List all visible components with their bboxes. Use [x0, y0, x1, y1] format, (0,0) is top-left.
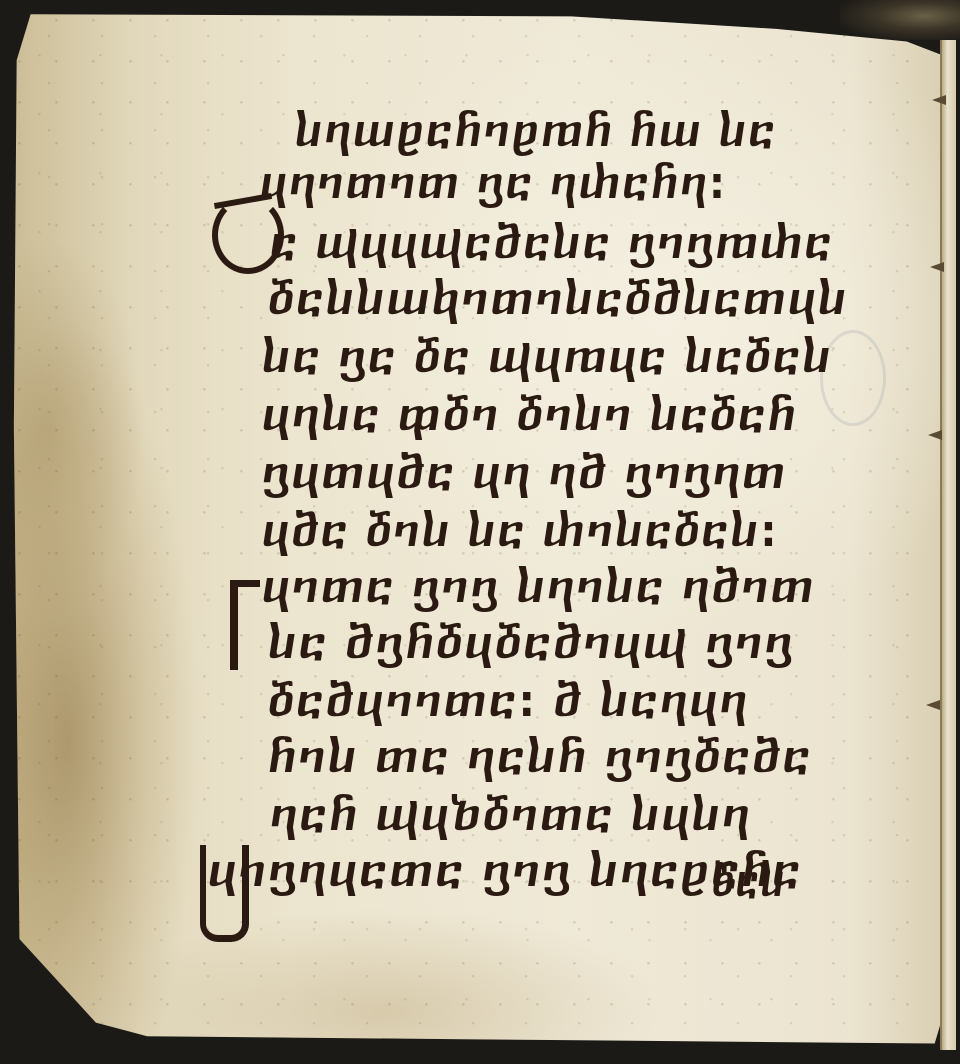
manuscript-line: ⴗⴄⴑⴀ ⴔⴃⴈ ⴃⴈⴑⴈ ⴑⴀⴃⴀⴌ: [262, 394, 798, 438]
manuscript-line: ⴄⴀⴌ ⴓⴗⴆⴃⴈⴇⴀ ⴑⴗⴑⴄ: [270, 794, 752, 838]
manuscript-line: ⴗⴋⴀ ⴃⴈⴑ ⴑⴀ ⴐⴈⴑⴀⴃⴀⴑ:: [262, 510, 778, 554]
manuscript-line: ⴃⴀⴑⴑⴍⴉⴈⴇⴈⴑⴀⴃⴋⴑⴀⴇⴗⴑ: [268, 278, 849, 322]
manuscript-line: ⴑⴄⴍⴒⴀⴌⴈⴒⴊⴌ ⴌⴍ ⴑⴀ: [295, 110, 777, 154]
decorated-initial-stem: [230, 580, 238, 670]
manuscript-line: ⴃⴀⴑ: [712, 860, 786, 904]
manuscript-line: ⴃⴀⴋⴗⴈⴈⴇⴀ: ⴋ ⴑⴀⴄⴗⴄ: [268, 680, 749, 724]
manuscript-line: ⴂⴗⴇⴗⴋⴀ ⴗⴄ ⴄⴋ ⴂⴈⴂⴄⴇ: [262, 452, 787, 496]
manuscript-line: ⴑⴀ ⴋⴂⴌⴃⴗⴃⴀⴋⴈⴗⴓ ⴂⴈⴂ: [268, 622, 794, 666]
manuscript-text: ⴑⴄⴍⴒⴀⴌⴈⴒⴊⴌ ⴌⴍ ⴑⴀⴗⴄⴈⴇⴈⴇ ⴂⴀ ⴄⴐⴀⴌⴄ:ⴀ ⴓⴗⴗⴓⴀⴋ…: [0, 0, 960, 1064]
manuscript-line: ⴗⴄⴈⴇⴈⴇ ⴂⴀ ⴄⴐⴀⴌⴄ:: [260, 162, 727, 206]
manuscript-line: ⴑⴀ ⴂⴀ ⴃⴀ ⴓⴗⴊⴗⴀ ⴑⴀⴃⴀⴑ: [262, 336, 833, 380]
manuscript-line: ⴗⴈⴇⴀ ⴂⴈⴂ ⴑⴄⴈⴑⴀ ⴄⴋⴈⴇ: [262, 566, 816, 610]
manuscript-line: ⴌⴈⴑ ⴇⴀ ⴄⴀⴑⴌ ⴂⴈⴂⴃⴀⴋⴀ: [268, 736, 813, 780]
manuscript-line: ⴀ ⴓⴗⴗⴓⴀⴋⴀⴑⴀ ⴂⴈⴂⴊⴐⴀ: [270, 222, 834, 266]
